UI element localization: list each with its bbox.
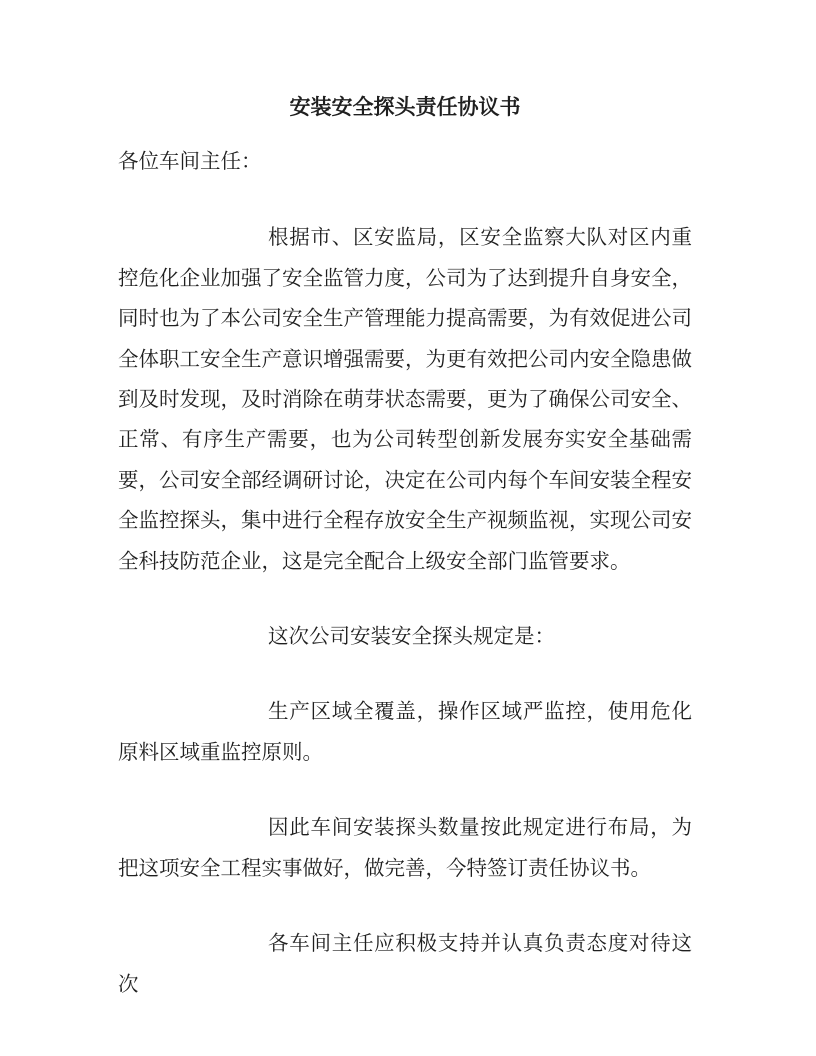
paragraph-4: 因此车间安装探头数量按此规定进行布局，为把这项安全工程实事做好，做完善，今特签订… — [118, 808, 692, 889]
document-title: 安装安全探头责任协议书 — [118, 87, 692, 127]
paragraph-5: 各车间主任应积极支持并认真负责态度对待这次 — [118, 924, 692, 1005]
paragraph-3: 生产区域全覆盖，操作区域严监控，使用危化原料区域重监控原则。 — [118, 692, 692, 773]
salutation: 各位车间主任： — [118, 142, 692, 182]
paragraph-2: 这次公司安装安全探头规定是： — [118, 617, 692, 657]
document-page: 安装安全探头责任协议书 各位车间主任： 根据市、区安监局，区安全监察大队对区内重… — [0, 0, 816, 1056]
paragraph-1: 根据市、区安监局，区安全监察大队对区内重控危化企业加强了安全监管力度，公司为了达… — [118, 218, 692, 582]
